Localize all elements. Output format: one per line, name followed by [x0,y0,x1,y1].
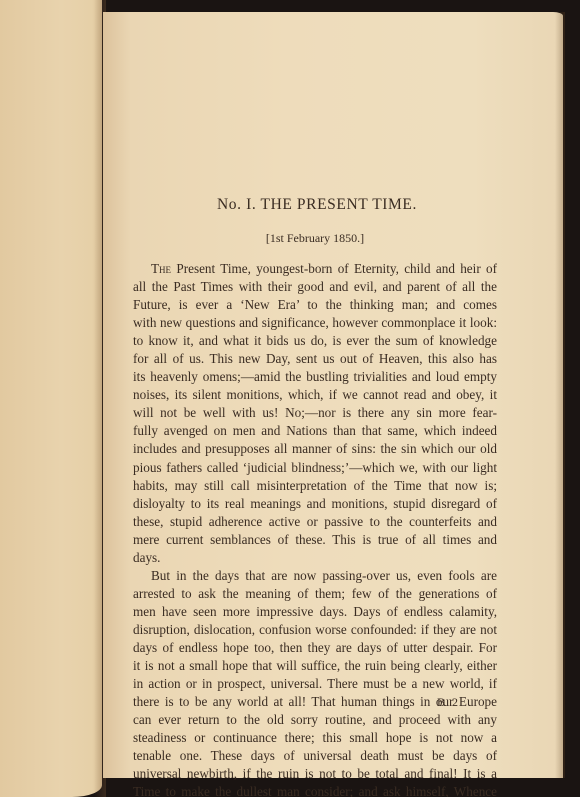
text-line: The Present Time, youngest-born of Etern… [133,260,497,278]
text-line: disruption, dislocation, confusion worse… [133,621,497,639]
text-line: can ever return to the old sorry routine… [133,711,497,729]
chapter-heading: No. I. THE PRESENT TIME. [137,193,497,217]
left-page-edge [0,0,102,797]
text-line: disloyalty to its real meanings and moni… [133,495,497,513]
text-line: includes and presupposes all manner of s… [133,440,497,458]
text-line: with new questions and significance, how… [133,314,497,332]
text-line: these, stupid adherence active or passiv… [133,513,497,531]
text-line: for all of us. This new Day, sent us out… [133,350,497,368]
text-line: will not be well with us! No;—nor is the… [133,404,497,422]
text-line: days. [133,549,497,567]
text-line: its heavenly omens;—amid the bustling tr… [133,368,497,386]
text-line: tenable one. These days of universal dea… [133,747,497,765]
text-line: it is not a small hope that will suffice… [133,657,497,675]
text-line: Future, is ever a ‘New Era’ to the think… [133,296,497,314]
text-line: in action or in prospect, universal. The… [133,675,497,693]
page-edge-shadow [555,12,565,778]
paragraph-1: The Present Time, youngest-born of Etern… [133,260,497,567]
text-line: pious fathers called ‘judicial blindness… [133,459,497,477]
text-line: to know it, and what it bids us do, is e… [133,332,497,350]
text-line: But in the days that are now passing-ove… [133,567,497,585]
text-line: mere current semblances of these. This i… [133,531,497,549]
signature-mark: B 2 [437,695,460,710]
text-line: habits, may still call misinterpretation… [133,477,497,495]
text-line: all the Past Times with their good and e… [133,278,497,296]
text-line: noises, its silent monitions, which, if … [133,386,497,404]
text-line: steadiness or continuance there; this sm… [133,729,497,747]
lead-small-caps: The [151,261,171,276]
chapter-date: [1st February 1850.] [133,229,497,247]
paragraph-2: But in the days that are now passing-ove… [133,567,497,797]
text-line: days of endless hope too, then they are … [133,639,497,657]
text-line: universal newbirth, if the ruin is not t… [133,765,497,783]
text-line: Time to make the dullest man consider; a… [133,783,497,797]
text-line: men have seen more impressive days. Days… [133,603,497,621]
text-line: arrested to ask the meaning of them; few… [133,585,497,603]
text-line: fully avenged on men and Nations than th… [133,422,497,440]
